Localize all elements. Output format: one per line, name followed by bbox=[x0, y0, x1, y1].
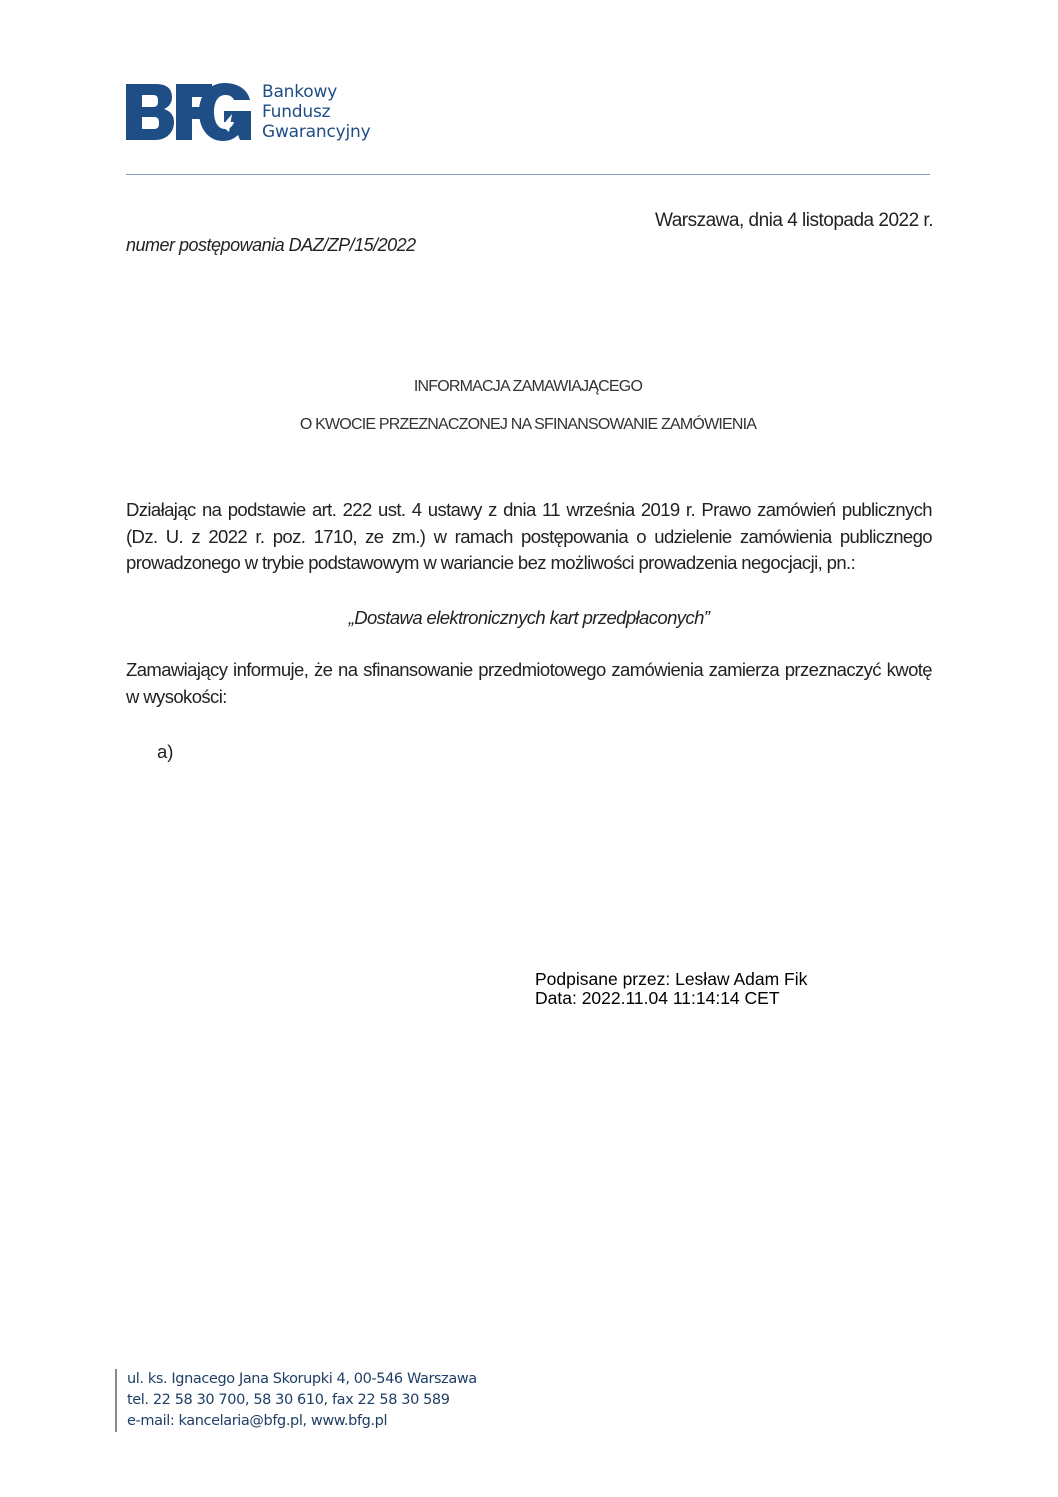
procurement-subject: „Dostawa elektronicznych kart przedpłaco… bbox=[126, 607, 932, 629]
bfg-logo-name: Bankowy Fundusz Gwarancyjny bbox=[262, 82, 370, 142]
bfg-logo: Bankowy Fundusz Gwarancyjny bbox=[126, 82, 370, 142]
footer-phones: tel. 22 58 30 700, 58 30 610, fax 22 58 … bbox=[127, 1390, 477, 1411]
logo-name-line: Fundusz bbox=[262, 102, 370, 122]
amount-paragraph: Zamawiający informuje, że na sfinansowan… bbox=[126, 657, 932, 710]
list-item: a) bbox=[157, 741, 173, 763]
document-title-line-2: O KWOCIE PRZEZNACZONEJ NA SFINANSOWANIE … bbox=[126, 416, 930, 434]
header-divider bbox=[126, 174, 930, 175]
document-title-line-1: INFORMACJA ZAMAWIAJĄCEGO bbox=[126, 378, 930, 396]
procedure-number: numer postępowania DAZ/ZP/15/2022 bbox=[126, 235, 416, 256]
signature-date: Data: 2022.11.04 11:14:14 CET bbox=[535, 989, 807, 1008]
document-date: Warszawa, dnia 4 listopada 2022 r. bbox=[655, 210, 933, 232]
footer-email-web: e-mail: kancelaria@bfg.pl, www.bfg.pl bbox=[127, 1411, 477, 1432]
bfg-logo-mark-icon bbox=[126, 82, 252, 142]
signature-signer: Podpisane przez: Lesław Adam Fik bbox=[535, 970, 807, 989]
legal-basis-paragraph: Działając na podstawie art. 222 ust. 4 u… bbox=[126, 497, 932, 577]
logo-name-line: Bankowy bbox=[262, 82, 370, 102]
logo-name-line: Gwarancyjny bbox=[262, 122, 370, 142]
list-marker: a) bbox=[157, 741, 173, 762]
footer-address: ul. ks. Ignacego Jana Skorupki 4, 00-546… bbox=[127, 1369, 477, 1390]
digital-signature: Podpisane przez: Lesław Adam Fik Data: 2… bbox=[535, 970, 807, 1008]
footer-contact: ul. ks. Ignacego Jana Skorupki 4, 00-546… bbox=[115, 1369, 477, 1432]
